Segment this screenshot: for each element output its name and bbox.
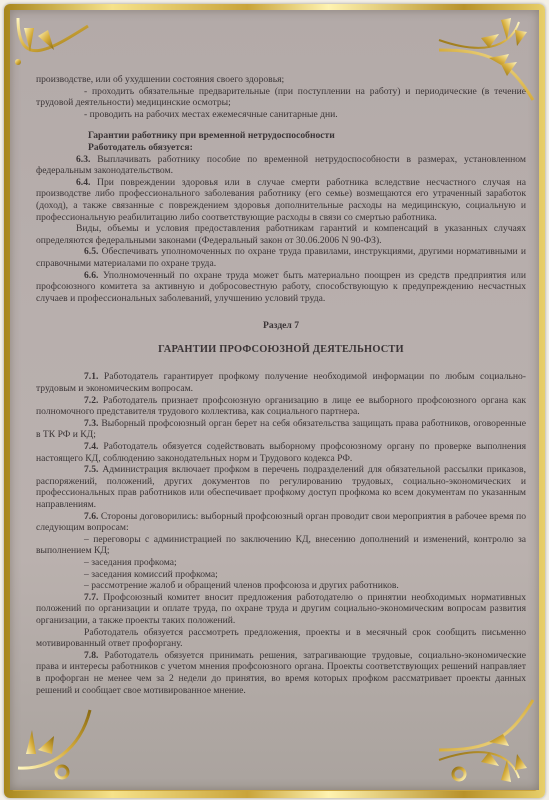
- text-line: - проходить обязательные предварительные…: [36, 86, 526, 109]
- subheading: Гарантии работнику при временной нетрудо…: [36, 130, 526, 142]
- clause-text: Работодатель обязуется содействовать выб…: [36, 441, 526, 464]
- clause-7-8: 7.8. Работодатель обязуется принимать ре…: [36, 650, 526, 696]
- clause-text: Администрация включает профком в перечен…: [36, 464, 526, 510]
- section-title: ГАРАНТИИ ПРОФСОЮЗНОЙ ДЕЯТЕЛЬНОСТИ: [36, 344, 526, 356]
- clause-number: 7.8.: [84, 650, 98, 661]
- clause-text: Работодатель признает профсоюзную органи…: [36, 395, 526, 418]
- text-line: - проводить на рабочих местах ежемесячны…: [36, 109, 526, 121]
- clause-text: Работодатель обязуется рассмотреть предл…: [36, 627, 526, 650]
- clause-number: 7.7.: [84, 592, 98, 603]
- clause-7-1: 7.1. Работодатель гарантирует профкому п…: [36, 371, 526, 394]
- clause-number: 7.6.: [84, 511, 98, 522]
- clause-7-7: 7.7. Профсоюзный комитет вносит предложе…: [36, 592, 526, 627]
- document-text: производстве, или об ухудшении состояния…: [36, 74, 526, 696]
- clause-text: Выборный профсоюзный орган берет на себя…: [36, 418, 526, 441]
- section-label: Раздел 7: [36, 320, 526, 332]
- clause-number: 7.4.: [84, 441, 98, 452]
- clause-7-2: 7.2. Работодатель признает профсоюзную о…: [36, 395, 526, 418]
- clause-6-4-note: Виды, объемы и условия предоставления ра…: [36, 223, 526, 246]
- clause-7-3: 7.3. Выборный профсоюзный орган берет на…: [36, 418, 526, 441]
- clause-number: 6.5.: [84, 246, 98, 257]
- clause-number: 6.6.: [84, 270, 98, 281]
- clause-number: 7.2.: [84, 395, 98, 406]
- clause-7-5: 7.5. Администрация включает профком в пе…: [36, 464, 526, 510]
- list-item: – заседания комиссий профкома;: [36, 569, 526, 581]
- clause-6-4: 6.4. При повреждении здоровья или в случ…: [36, 177, 526, 223]
- list-item: – рассмотрение жалоб и обращений членов …: [36, 580, 526, 592]
- clause-6-5: 6.5. Обеспечивать уполномоченных по охра…: [36, 246, 526, 269]
- clause-6-3: 6.3. Выплачивать работнику пособие по вр…: [36, 154, 526, 177]
- clause-text: Стороны договорились: выборный профсоюзн…: [36, 511, 526, 534]
- clause-text: При повреждении здоровья или в случае см…: [36, 177, 526, 223]
- document-page: производстве, или об ухудшении состояния…: [10, 10, 539, 790]
- clause-7-7-note: Работодатель обязуется рассмотреть предл…: [36, 627, 526, 650]
- clause-number: 6.3.: [76, 154, 90, 165]
- clause-number: 7.5.: [84, 464, 98, 475]
- clause-text: Виды, объемы и условия предоставления ра…: [36, 223, 526, 246]
- clause-7-6: 7.6. Стороны договорились: выборный проф…: [36, 511, 526, 534]
- employer-obliged: Работодатель обязуется:: [36, 142, 526, 154]
- clause-number: 6.4.: [76, 177, 90, 188]
- list-item: – заседания профкома;: [36, 557, 526, 569]
- clause-text: Профсоюзный комитет вносит предложения р…: [36, 592, 526, 626]
- clause-text: Обеспечивать уполномоченных по охране тр…: [36, 246, 526, 269]
- clause-7-4: 7.4. Работодатель обязуется содействоват…: [36, 441, 526, 464]
- clause-6-6: 6.6. Уполномоченный по охране труда може…: [36, 270, 526, 305]
- clause-text: Выплачивать работнику пособие по временн…: [36, 154, 526, 177]
- clause-text: Работодатель обязуется принимать решения…: [36, 650, 526, 696]
- clause-number: 7.3.: [84, 418, 98, 429]
- text-line: производстве, или об ухудшении состояния…: [36, 74, 526, 86]
- list-item: – переговоры с администрацией по заключе…: [36, 534, 526, 557]
- clause-text: Работодатель гарантирует профкому получе…: [36, 371, 526, 394]
- clause-number: 7.1.: [84, 371, 98, 382]
- clause-text: Уполномоченный по охране труда может быт…: [36, 270, 526, 304]
